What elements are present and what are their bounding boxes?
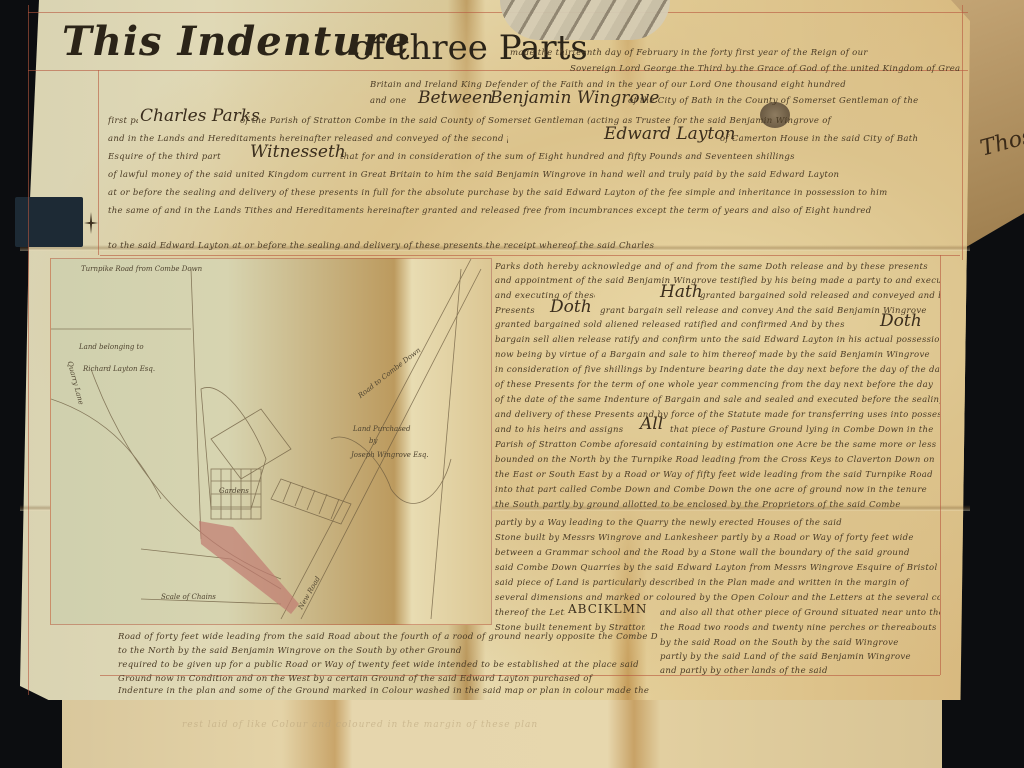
text-line: in consideration of five shillings by In… <box>495 365 940 375</box>
doth-word-1: Doth <box>550 297 592 317</box>
text-line: and delivery of these Presents and by fo… <box>495 410 940 420</box>
text-line: Indenture in the plan and some of the Gr… <box>118 686 938 696</box>
red-rule-left <box>28 5 29 695</box>
text-line: Road of forty feet wide leading from the… <box>118 632 658 642</box>
text-line: Ground now in Condition and on the West … <box>118 674 938 684</box>
text-line: granted bargained sold aliened released … <box>495 320 845 330</box>
red-rule-top <box>28 12 968 13</box>
text-line: the East or South East by a Road or Way … <box>495 470 940 480</box>
doth-word-2: Doth <box>880 311 922 331</box>
text-line: made the thirteenth day of February in t… <box>510 48 960 58</box>
text-line: by the said Road on the South by the sai… <box>660 638 940 648</box>
text-line: bounded on the North by the Turnpike Roa… <box>495 455 940 465</box>
map-label-by: by <box>369 437 377 445</box>
text-line: Parks doth hereby acknowledge and of and… <box>495 262 940 272</box>
text-line: at or before the sealing and delivery of… <box>108 188 960 198</box>
red-rule-right <box>962 5 963 260</box>
text-line: Sovereign Lord George the Third by the G… <box>570 64 960 74</box>
text-line: now being by virtue of a Bargain and sal… <box>495 350 940 360</box>
text-line: and one <box>370 96 420 106</box>
photo-scene: rest laid of like Colour and coloured in… <box>0 0 1024 768</box>
map-label-purchaser: Joseph Wingrove Esq. <box>351 451 429 459</box>
map-label-scale: Scale of Chains <box>161 593 216 601</box>
map-label-land-belonging: Land belonging to <box>79 343 144 351</box>
text-line: and to his heirs and assigns <box>495 425 635 435</box>
text-line: the Road two roods and twenty nine perch… <box>660 623 940 633</box>
map-drawing <box>51 259 491 624</box>
hath-word: Hath <box>660 282 703 302</box>
text-line: said piece of Land is particularly descr… <box>495 578 940 588</box>
text-line: of the date of the same Indenture of Bar… <box>495 395 940 405</box>
compass-rose-icon <box>84 212 98 234</box>
text-line: to the North by the said Benjamin Wingro… <box>118 646 658 656</box>
text-line: granted bargained sold released and conv… <box>700 291 940 301</box>
text-line: first part <box>108 116 138 126</box>
text-line: that for and in consideration of the sum… <box>340 152 960 162</box>
text-line: into that part called Combe Down and Com… <box>495 485 940 495</box>
red-rule-margin <box>98 70 99 255</box>
map-label-land-purchased: Land Purchased <box>353 425 410 433</box>
lower-folded-sheet: rest laid of like Colour and coloured in… <box>62 690 942 768</box>
text-line: several dimensions and marked or coloure… <box>495 593 940 603</box>
lower-sheet-faint-text: rest laid of like Colour and coloured in… <box>182 720 882 730</box>
text-line: the same of and in the Lands Tithes and … <box>108 206 960 216</box>
text-line: bargain sell alien release ratify and co… <box>495 335 940 345</box>
all-word: All <box>640 414 663 434</box>
text-line: said Combe Down Quarries by the said Edw… <box>495 563 940 573</box>
text-line: of Camerton House in the said City of Ba… <box>720 134 960 144</box>
text-line: of these Presents for the term of one wh… <box>495 380 940 390</box>
text-line: the South partly by ground allotted to b… <box>495 500 940 510</box>
between-word: Between <box>418 88 493 108</box>
text-line: that piece of Pasture Ground lying in Co… <box>670 425 940 435</box>
text-line: between a Grammar school and the Road by… <box>495 548 940 558</box>
text-line: required to be given up for a public Roa… <box>118 660 658 670</box>
text-line: partly by the said Land of the said Benj… <box>660 652 940 662</box>
text-line: to the said Edward Layton at or before t… <box>108 241 960 251</box>
red-rule-right-lower <box>940 255 941 675</box>
party-third-name: Edward Layton <box>604 124 735 144</box>
text-line: Stone built by Messrs Wingrove and Lanke… <box>495 533 940 543</box>
text-line: Parish of Stratton Combe aforesaid conta… <box>495 440 940 450</box>
text-line: Presents <box>495 306 545 316</box>
red-rule-mid <box>100 255 960 256</box>
text-line: of the City of Bath in the County of Som… <box>628 96 958 106</box>
text-line: and also all that other piece of Ground … <box>660 608 940 618</box>
map-label-land-owner: Richard Layton Esq. <box>83 365 155 373</box>
text-line: Esquire of the third part <box>108 152 248 162</box>
estate-plan-map: Turnpike Road from Combe Down Land belon… <box>50 258 492 625</box>
text-line: of lawful money of the said united Kingd… <box>108 170 960 180</box>
text-line: thereof the Letters <box>495 608 565 618</box>
map-label-gardens: Gardens <box>219 487 249 495</box>
witnesseth-word: Witnesseth <box>250 142 346 162</box>
corner-letters: ABCIKLMN <box>568 602 647 616</box>
text-line: partly by a Way leading to the Quarry th… <box>495 518 940 528</box>
text-line: and appointment of the said Benjamin Win… <box>495 276 940 286</box>
map-label-road-top: Turnpike Road from Combe Down <box>81 265 202 273</box>
dark-fabric-tab <box>15 197 83 247</box>
text-line: of the Parish of Stratton Combe in the s… <box>240 116 960 126</box>
